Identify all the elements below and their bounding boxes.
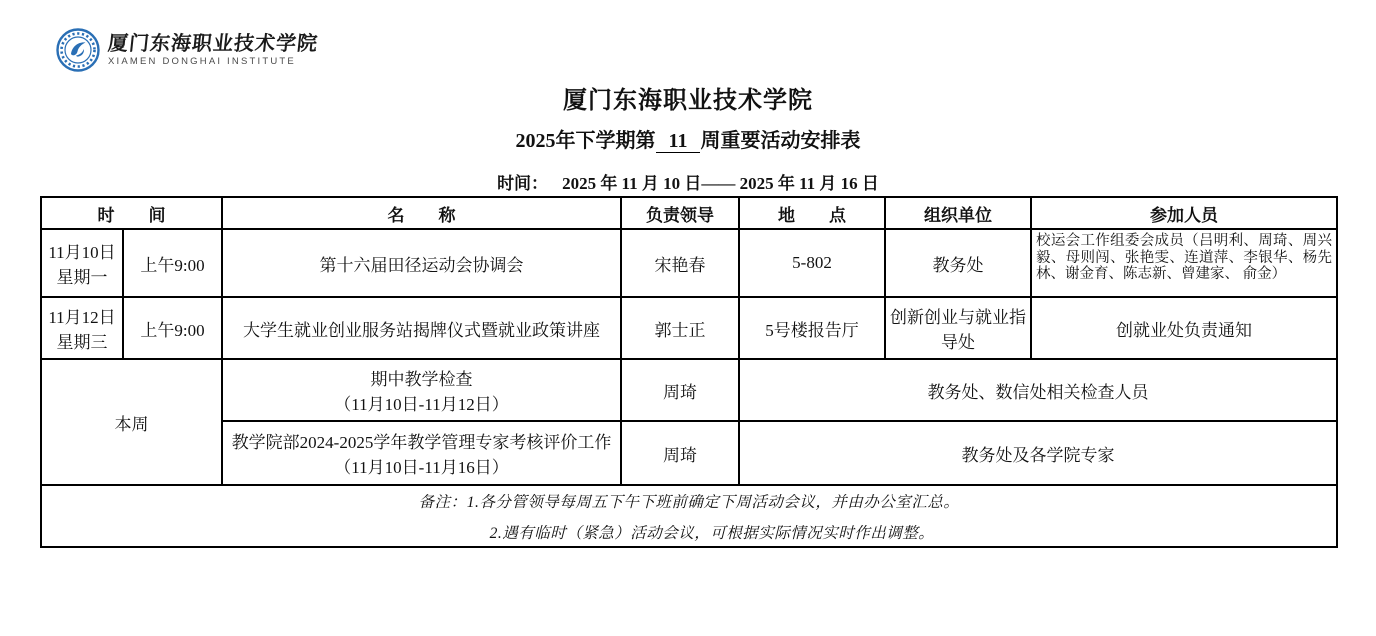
logo-text-block: 厦门东海职业技术学院 XIAMEN DONGHAI INSTITUTE — [108, 33, 318, 68]
cell-leader: 周琦 — [621, 421, 739, 485]
header-name: 名 称 — [222, 197, 621, 229]
table-header-row: 时 间 名 称 负责领导 地 点 组织单位 参加人员 — [41, 197, 1337, 229]
table-row: 11月12日 星期三 上午9:00 大学生就业创业服务站揭牌仪式暨就业政策讲座 … — [41, 297, 1337, 359]
header-org: 组织单位 — [885, 197, 1031, 229]
cell-activity-name: 教学院部2024-2025学年教学管理专家考核评价工作 （11月10日-11月1… — [222, 421, 621, 485]
date-range-value: 2025 年 11 月 10 日—— 2025 年 11 月 16 日 — [562, 174, 879, 193]
cell-time: 上午9:00 — [123, 229, 222, 297]
subtitle-prefix: 2025年下学期第 — [516, 130, 656, 152]
header-leader: 负责领导 — [621, 197, 739, 229]
participants-text: 校运会工作组委会成员（吕明利、周琦、周兴毅、母则闯、张艳雯、连道萍、李银华、杨先… — [1036, 232, 1332, 294]
logo-chinese-name: 厦门东海职业技术学院 — [107, 33, 319, 55]
subtitle-suffix: 周重要活动安排表 — [700, 130, 860, 152]
table-row: 11月10日 星期一 上午9:00 第十六届田径运动会协调会 宋艳春 5-802… — [41, 229, 1337, 297]
document-page: 厦门东海职业技术学院 XIAMEN DONGHAI INSTITUTE 厦门东海… — [0, 0, 1376, 636]
cell-place: 5-802 — [739, 229, 885, 297]
cell-date-week: 本周 — [41, 359, 222, 485]
document-title: 厦门东海职业技术学院 — [0, 80, 1376, 115]
cell-participants: 校运会工作组委会成员（吕明利、周琦、周兴毅、母则闯、张艳雯、连道萍、李银华、杨先… — [1031, 229, 1337, 297]
cell-activity-name: 第十六届田径运动会协调会 — [222, 229, 621, 297]
school-emblem-icon — [56, 28, 100, 72]
header-participants: 参加人员 — [1031, 197, 1337, 229]
notes-cell: 备注：1.各分管领导每周五下午下班前确定下周活动会议，并由办公室汇总。 2.遇有… — [41, 485, 1337, 547]
cell-org: 创新创业与就业指导处 — [885, 297, 1031, 359]
schedule-table: 时 间 名 称 负责领导 地 点 组织单位 参加人员 11月10日 星期一 上午… — [40, 196, 1338, 548]
cell-date: 11月12日 星期三 — [41, 297, 123, 359]
header-time: 时 间 — [41, 197, 222, 229]
note-line-2: 2.遇有临时（紧急）活动会议，可根据实际情况实时作出调整。 — [46, 521, 1332, 543]
date-range-line: 时间：2025 年 11 月 10 日—— 2025 年 11 月 16 日 — [0, 169, 1376, 194]
note-line-1: 备注：1.各分管领导每周五下午下班前确定下周活动会议，并由办公室汇总。 — [46, 490, 1332, 512]
cell-activity-name: 大学生就业创业服务站揭牌仪式暨就业政策讲座 — [222, 297, 621, 359]
school-logo: 厦门东海职业技术学院 XIAMEN DONGHAI INSTITUTE — [56, 28, 318, 72]
logo-english-name: XIAMEN DONGHAI INSTITUTE — [108, 55, 318, 68]
table-row: 教学院部2024-2025学年教学管理专家考核评价工作 （11月10日-11月1… — [41, 421, 1337, 485]
cell-time: 上午9:00 — [123, 297, 222, 359]
cell-leader: 周琦 — [621, 359, 739, 421]
date-range-label: 时间： — [497, 174, 548, 193]
cell-date: 11月10日 星期一 — [41, 229, 123, 297]
cell-participants: 创就业处负责通知 — [1031, 297, 1337, 359]
cell-participants: 教务处及各学院专家 — [739, 421, 1337, 485]
table-notes-row: 备注：1.各分管领导每周五下午下班前确定下周活动会议，并由办公室汇总。 2.遇有… — [41, 485, 1337, 547]
cell-leader: 郭士正 — [621, 297, 739, 359]
notes-text-1: 1.各分管领导每周五下午下班前确定下周活动会议，并由办公室汇总。 — [467, 494, 960, 511]
header-place: 地 点 — [739, 197, 885, 229]
notes-label: 备注： — [419, 494, 467, 511]
table-row: 本周 期中教学检查 （11月10日-11月12日） 周琦 教务处、数信处相关检查… — [41, 359, 1337, 421]
cell-leader: 宋艳春 — [621, 229, 739, 297]
cell-participants: 教务处、数信处相关检查人员 — [739, 359, 1337, 421]
cell-activity-name: 期中教学检查 （11月10日-11月12日） — [222, 359, 621, 421]
cell-org: 教务处 — [885, 229, 1031, 297]
document-subtitle: 2025年下学期第11周重要活动安排表 — [0, 124, 1376, 153]
week-number: 11 — [656, 130, 701, 153]
cell-place: 5号楼报告厅 — [739, 297, 885, 359]
